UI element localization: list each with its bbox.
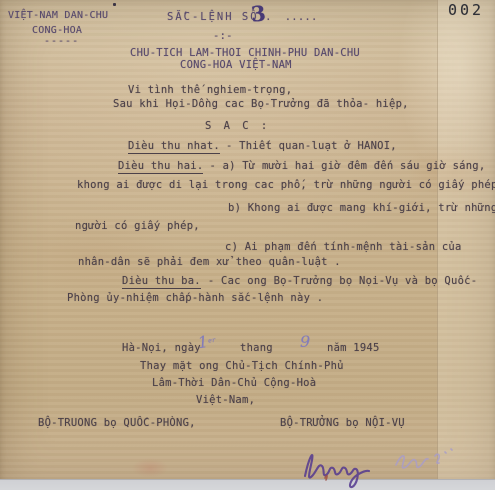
signing-line3: Việt-Nam, — [196, 394, 255, 406]
dateline-month-handwritten: 9 — [300, 336, 310, 348]
preamble-line2: Sau khi Họi-Dồng cac Bọ-Trưởng đã thỏa- … — [113, 98, 409, 110]
article2-line3: b) Khong ai được mang khí-giới, trừ nhữn… — [228, 202, 495, 214]
letterhead-country: VIỆT-NAM DAN-CHU — [8, 10, 108, 22]
article3-label: Dièu thu ba. — [122, 275, 201, 289]
page-number-stamp: 002 — [448, 4, 484, 16]
dateline-thang: thang — [240, 342, 273, 354]
article1-line: Dièu thu nhat.- Thiết quan-luạt ở HANOI, — [128, 140, 397, 152]
article3-text: - Cac ong Bọ-Trưởng bọ Nọi-Vụ và bọ Quốc… — [208, 275, 477, 287]
article2-line4: người có giấy phép, — [75, 220, 200, 232]
article2-line2: khong ai được di lại trong cac phố, trừ … — [77, 179, 495, 191]
signatory-defense-minister: BỘ-TRUONG bọ QUỐC-PHÒNG, — [38, 417, 196, 429]
article2-line6: nhân-dân sẽ phải đem xử theo quân-luật . — [78, 256, 341, 268]
article2-label: Dièu thu hai. — [118, 160, 203, 174]
decree-number-dots-right: ..... — [285, 11, 318, 23]
issuer-line1: CHU-TICH LAM-THOI CHINH-PHU DAN-CHU — [130, 47, 360, 59]
day-suffix: er — [208, 336, 217, 345]
preamble-line1: Vi tình thế nghiem-trọng, — [128, 84, 292, 96]
article2-line1: Dièu thu hai.- a) Từ mười hai giờ đêm đế… — [118, 160, 485, 172]
dateline-prefix: Hà-Nọi, ngày — [122, 342, 201, 354]
decree-title-label: SẮC-LỆNH SỐ — [167, 11, 259, 23]
letterhead-rule: ----- — [44, 36, 79, 48]
signing-line1: Thay mặt ong Chủ-Tịch Chính-Phủ — [140, 360, 344, 372]
signature-vo-nguyen-giap: Võ Nguyên Giáp — [298, 441, 466, 489]
article2-text: - a) Từ mười hai giờ đêm đến sáu giờ sán… — [209, 160, 485, 172]
article3-line2: Phòng ủy-nhiệm chấp-hành sắc-lệnh này . — [67, 292, 323, 304]
article2-line5: c) Ai phạm đến tính-mệnh tài-sản của — [225, 241, 462, 253]
dateline-day-handwritten: 1er — [197, 335, 217, 352]
dateline-year: năm 1945 — [327, 342, 380, 354]
title-separator: -:- — [213, 30, 233, 42]
article1-label: Dièu thu nhat. — [128, 140, 220, 154]
signing-line2: Lâm-Thời Dân-Chủ Cộng-Hoà — [152, 377, 316, 389]
decree-document: VIỆT-NAM DAN-CHU CONG-HOA ----- SẮC-LỆNH… — [0, 0, 495, 490]
decree-number-handwritten: 3 — [250, 0, 267, 26]
ink-speck — [113, 3, 116, 6]
issuer-line2: CONG-HOA VIỆT-NAM — [180, 59, 292, 71]
article3-line1: Dièu thu ba.- Cac ong Bọ-Trưởng bọ Nọi-V… — [122, 275, 477, 287]
signatory-interior-minister: BỘ-TRƯỞNG bọ NỘI-VỤ — [280, 417, 405, 429]
article1-text: - Thiết quan-luạt ở HANOI, — [226, 140, 397, 152]
decree-title: SẮC-LỆNH SỐ....... — [167, 11, 318, 23]
sac-heading: S A C : — [205, 120, 270, 132]
